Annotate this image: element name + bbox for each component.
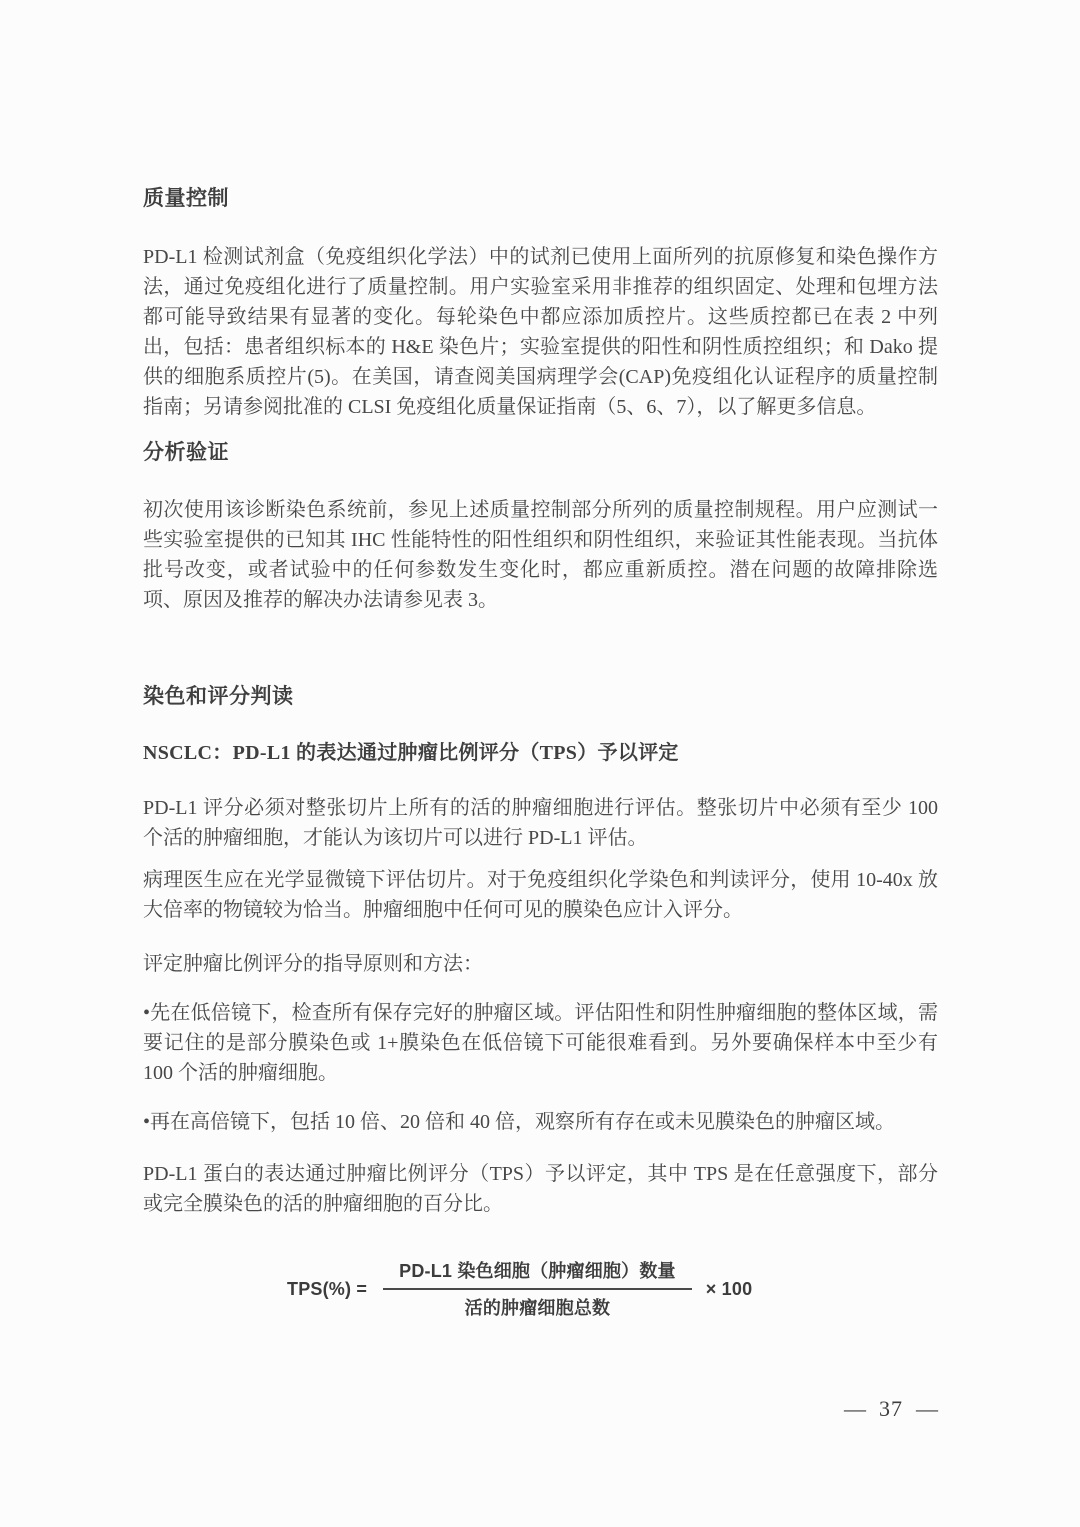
paragraph-quality-control: PD-L1 检测试剂盒（免疫组织化学法）中的试剂已使用上面所列的抗原修复和染色操… (143, 242, 938, 422)
paragraph-scoring-requirement: PD-L1 评分必须对整张切片上所有的活的肿瘤细胞进行评估。整张切片中必须有至少… (143, 793, 938, 853)
document-page: 质量控制 PD-L1 检测试剂盒（免疫组织化学法）中的试剂已使用上面所列的抗原修… (0, 0, 1080, 1527)
paragraph-tps-definition: PD-L1 蛋白的表达通过肿瘤比例评分（TPS）予以评定，其中 TPS 是在任意… (143, 1159, 938, 1219)
formula-numerator: PD-L1 染色细胞（肿瘤细胞）数量 (383, 1259, 692, 1290)
paragraph-guideline-intro: 评定肿瘤比例评分的指导原则和方法： (143, 949, 938, 979)
page-number: 37 (879, 1396, 903, 1422)
tps-formula: TPS(%) = PD-L1 染色细胞（肿瘤细胞）数量 活的肿瘤细胞总数 × 1… (287, 1259, 938, 1320)
section-heading-quality-control: 质量控制 (143, 185, 938, 211)
bullet-low-magnification: •先在低倍镜下，检查所有保存完好的肿瘤区域。评估阳性和阴性肿瘤细胞的整体区域，需… (143, 998, 938, 1088)
formula-denominator: 活的肿瘤细胞总数 (383, 1290, 692, 1320)
formula-multiplier: × 100 (706, 1279, 753, 1300)
formula-fraction: PD-L1 染色细胞（肿瘤细胞）数量 活的肿瘤细胞总数 (383, 1259, 692, 1320)
footer-dash-right: — (916, 1396, 938, 1422)
paragraph-microscope-evaluation: 病理医生应在光学显微镜下评估切片。对于免疫组织化学染色和判读评分，使用 10-4… (143, 865, 938, 925)
section-heading-staining-scoring: 染色和评分判读 (143, 683, 938, 709)
section-heading-assay-verification: 分析验证 (143, 439, 938, 465)
bullet-high-magnification: •再在高倍镜下，包括 10 倍、20 倍和 40 倍，观察所有存在或未见膜染色的… (143, 1107, 938, 1137)
footer-dash-left: — (844, 1396, 866, 1422)
formula-lhs: TPS(%) = (287, 1279, 367, 1300)
subsection-heading-nsclc-tps: NSCLC：PD-L1 的表达通过肿瘤比例评分（TPS）予以评定 (143, 740, 938, 766)
page-footer: —37— (143, 1396, 938, 1422)
paragraph-assay-verification: 初次使用该诊断染色系统前，参见上述质量控制部分所列的质量控制规程。用户应测试一些… (143, 495, 938, 615)
